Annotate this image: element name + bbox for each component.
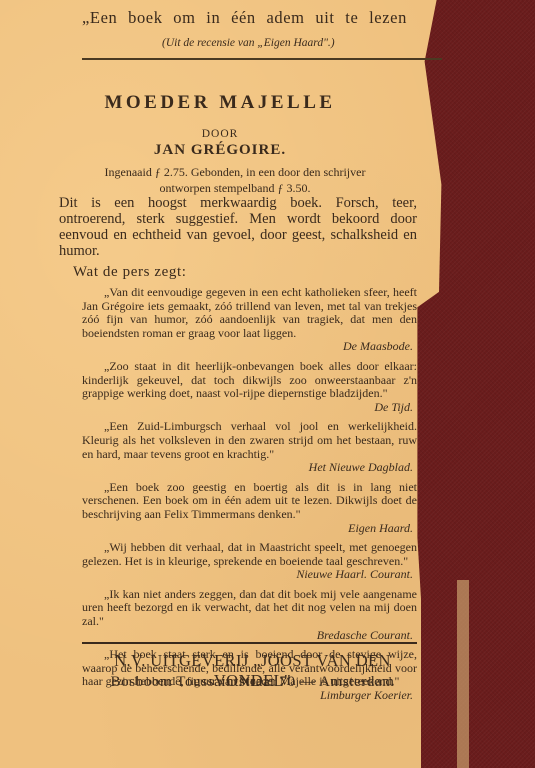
review-text: „Zoo staat in dit heerlijk-onbevangen bo… [82, 360, 417, 401]
divider-top [82, 58, 442, 60]
price-info: Ingenaaid ƒ 2.75. Gebonden, in een door … [100, 164, 370, 196]
review-source: Limburger Koerier. [82, 689, 417, 703]
review-source: De Tijd. [82, 401, 417, 415]
review-source: Het Nieuwe Dagblad. [82, 461, 417, 475]
review-item: „Wij hebben dit verhaal, dat in Maastric… [82, 541, 417, 582]
review-item: „Een boek zoo geestig en boertig als dit… [82, 481, 417, 535]
review-text: „Een Zuid-Limburgsch verhaal vol jool en… [82, 420, 417, 461]
review-source: De Maasbode. [82, 340, 417, 354]
press-reviews: „Van dit eenvoudige gegeven in een echt … [82, 286, 417, 709]
review-item: „Ik kan niet anders zeggen, dan dat dit … [82, 588, 417, 642]
review-item: „Zoo staat in dit heerlijk-onbevangen bo… [82, 360, 417, 414]
review-text: „Een boek zoo geestig en boertig als dit… [82, 481, 417, 522]
review-source: Bredasche Courant. [82, 629, 417, 643]
cloth-binding [415, 0, 535, 768]
review-source: Nieuwe Haarl. Courant. [82, 568, 417, 582]
press-heading: Wat de pers zegt: [73, 264, 187, 281]
review-text: „Van dit eenvoudige gegeven in een echt … [82, 286, 417, 340]
header-quote-source: (Uit de recensie van „Eigen Haard".) [162, 37, 335, 49]
divider-bottom [82, 642, 417, 644]
book-author: JAN GRÉGOIRE. [0, 142, 440, 159]
review-item: „Van dit eenvoudige gegeven in een echt … [82, 286, 417, 354]
publisher-address: Bosboom Toussaintstraat 70 — Amsterdam [80, 674, 425, 691]
paper-flap-edge [457, 580, 469, 768]
book-blurb: Dit is een hoogst merkwaardig boek. Fors… [59, 195, 417, 259]
book-by: DOOR [0, 128, 440, 140]
review-item: „Een Zuid-Limburgsch verhaal vol jool en… [82, 420, 417, 474]
book-title: MOEDER MAJELLE [0, 92, 440, 114]
review-text: „Wij hebben dit verhaal, dat in Maastric… [82, 541, 417, 568]
review-text: „Ik kan niet anders zeggen, dan dat dit … [82, 588, 417, 629]
review-source: Eigen Haard. [82, 522, 417, 536]
price-line-1: Ingenaaid ƒ 2.75. Gebonden, in een door … [100, 164, 370, 180]
header-quote: „Een boek om in één adem uit te lezen [82, 8, 442, 28]
price-line-2: ontworpen stempelband ƒ 3.50. [100, 180, 370, 196]
